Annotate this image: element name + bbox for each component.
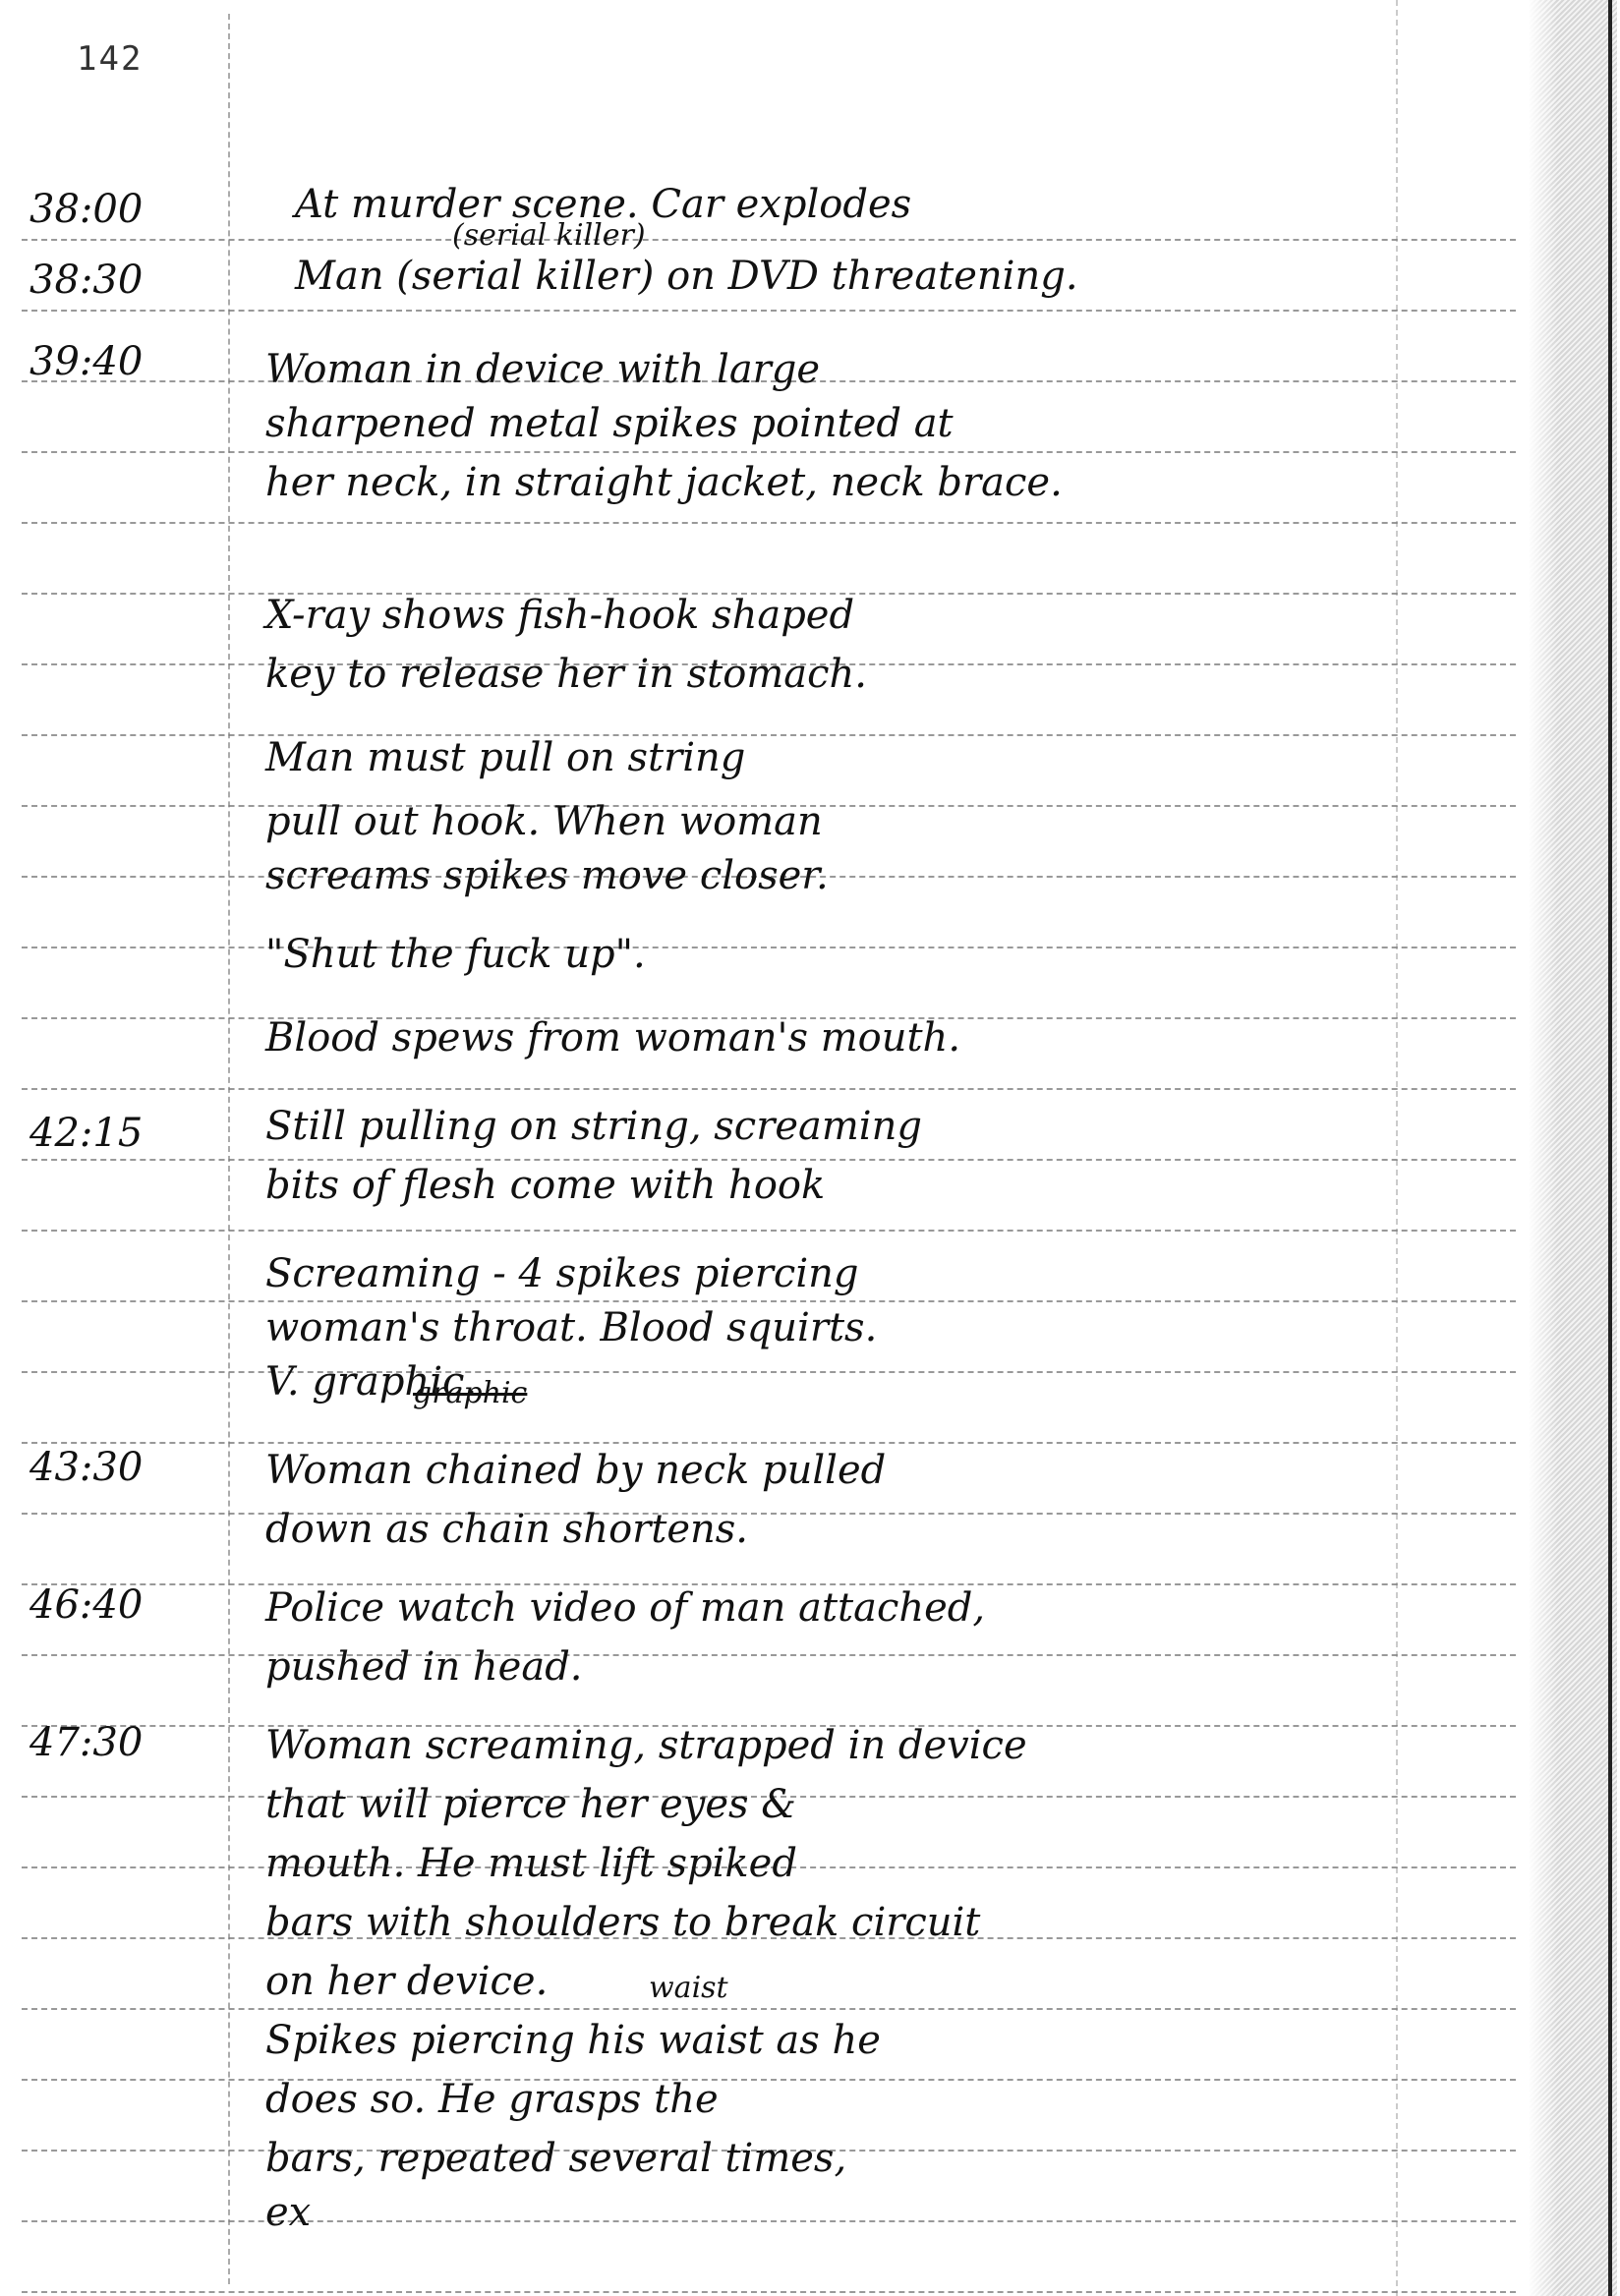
note-line: ex (265, 2177, 1494, 2248)
timestamp-46-40: 46:40 (29, 1582, 226, 1628)
note-line: down as chain shortens. (265, 1494, 1494, 1565)
timestamp-39-40: 39:40 (29, 339, 226, 384)
timestamp-43-30: 43:30 (29, 1445, 226, 1490)
notebook-page: 142 38:00 38:30 39:40 42:15 43:30 46:40 … (0, 0, 1620, 2296)
scan-edge-shadow (1529, 0, 1617, 2296)
margin-line (228, 14, 230, 2284)
note-line: Man must pull on string (265, 722, 1494, 793)
ruled-line (22, 1230, 1516, 1232)
note-line: bits of flesh come with hook (265, 1150, 1494, 1221)
page-number: 142 (77, 39, 143, 79)
ruled-line (22, 2291, 1516, 2293)
note-line: her neck, in straight jacket, neck brace… (265, 447, 1494, 518)
scan-edge-border (1608, 0, 1612, 2296)
ruled-line (22, 522, 1516, 524)
note-insertion: waist (649, 1971, 1620, 2006)
note-line: Blood spews from woman's mouth. (265, 1003, 1494, 1073)
timestamp-47-30: 47:30 (29, 1720, 226, 1765)
note-line: Man (serial killer) on DVD threatening. (295, 241, 1524, 312)
note-line: "Shut the fuck up". (265, 919, 1494, 990)
struck-out-word: graphic (413, 1376, 1620, 1411)
note-line: screams spikes move closer. (265, 840, 1494, 911)
timestamp-38-30: 38:30 (29, 258, 226, 303)
ruled-line (22, 1088, 1516, 1090)
timestamp-42-15: 42:15 (29, 1111, 226, 1156)
note-line: pushed in head. (265, 1632, 1494, 1702)
note-line: key to release her in stomach. (265, 639, 1494, 710)
timestamp-38-00: 38:00 (29, 187, 226, 232)
